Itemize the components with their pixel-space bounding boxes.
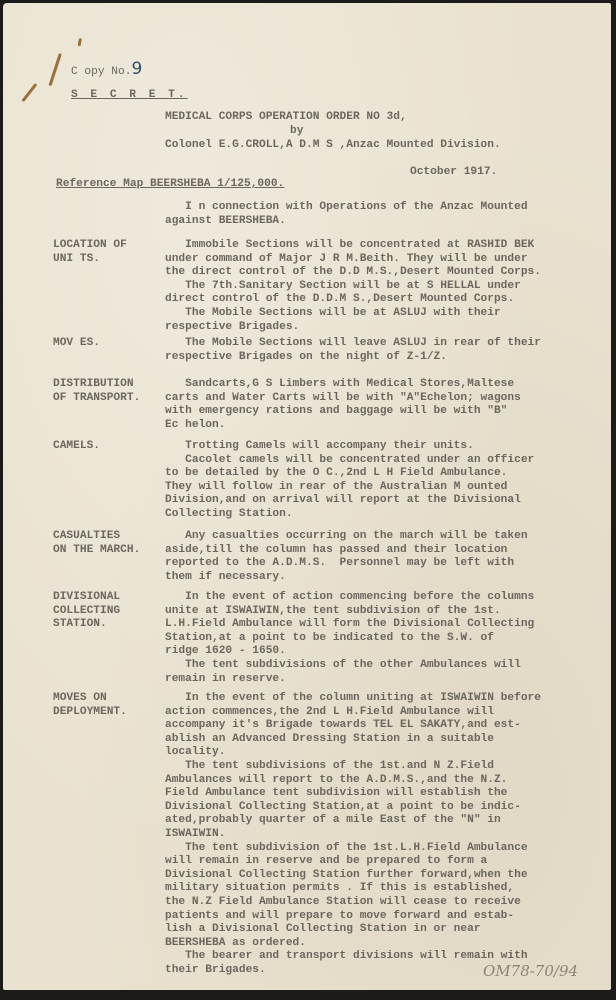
section-body: Trotting Camels will accompany their uni… xyxy=(165,440,534,522)
section-label: CAMELS. xyxy=(53,440,100,454)
section-body: Any casualties occurring on the march wi… xyxy=(165,530,528,584)
author-line: Colonel E.G.CROLL,A D.M S ,Anzac Mounted… xyxy=(165,139,501,153)
section-label: LOCATION OF UNI TS. xyxy=(53,239,127,266)
archive-reference: OM78-70/94 xyxy=(483,965,578,979)
copy-number: 9 xyxy=(131,59,142,79)
section-body: Immobile Sections will be concentrated a… xyxy=(165,239,541,334)
section-body: In the event of action commencing before… xyxy=(165,591,534,686)
reference-map: Reference Map BEERSHEBA 1/125,000. xyxy=(56,178,284,192)
section-body: The Mobile Sections will leave ASLUJ in … xyxy=(165,337,541,364)
section-body: Sandcarts,G S Limbers with Medical Store… xyxy=(165,378,521,432)
section-body: In the event of the column uniting at IS… xyxy=(165,692,541,977)
section-label: CASUALTIES ON THE MARCH. xyxy=(53,530,140,557)
section-label: MOV ES. xyxy=(53,337,100,351)
section-label: MOVES ON DEPLOYMENT. xyxy=(53,692,127,719)
document-date: October 1917. xyxy=(410,166,497,180)
section-label: DISTRIBUTION OF TRANSPORT. xyxy=(53,378,140,405)
document-title: MEDICAL CORPS OPERATION ORDER NO 3d, xyxy=(165,111,407,125)
classification: S E C R E T. xyxy=(71,89,188,103)
copy-label: C opy No. xyxy=(71,66,131,78)
section-label: DIVISIONAL COLLECTING STATION. xyxy=(53,591,120,632)
ink-stain xyxy=(21,83,37,102)
ink-stain xyxy=(48,53,61,86)
by-label: by xyxy=(290,125,303,139)
copy-number-line: C opy No.9 xyxy=(71,63,142,80)
intro-paragraph: I n connection with Operations of the An… xyxy=(165,201,528,228)
ink-stain xyxy=(78,38,82,46)
document-page: C opy No.9 S E C R E T. MEDICAL CORPS OP… xyxy=(3,3,611,990)
